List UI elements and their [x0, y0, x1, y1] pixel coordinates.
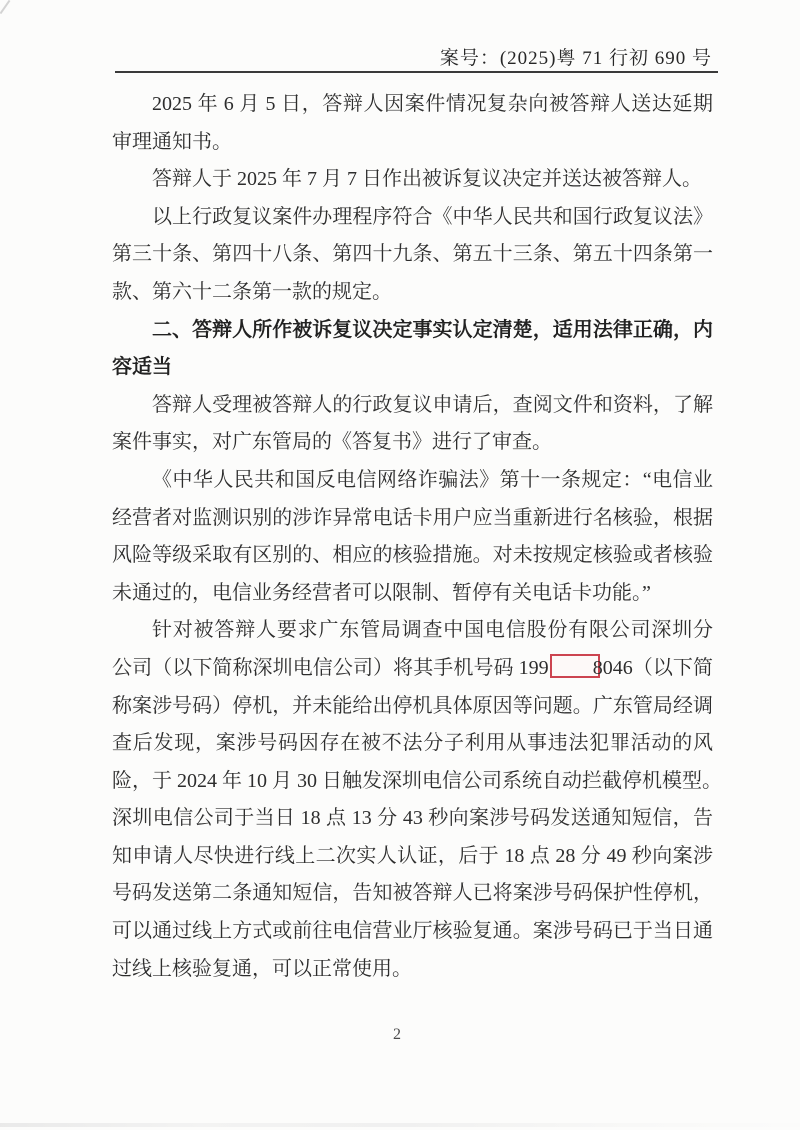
- text-line: 款、第六十二条第一款的规定。: [112, 274, 713, 312]
- page-number: 2: [0, 1026, 794, 1044]
- heading-line: 二、答辩人所作被诉复议决定事实认定清楚，适用法律正确，内: [112, 312, 713, 350]
- paragraph: 答辩人受理被答辩人的行政复议申请后，查阅文件和资料，了解案件事实，对广东管局的《…: [112, 387, 713, 462]
- text-run: 款、第六十二条第一款的规定。: [112, 281, 392, 303]
- scan-artifact-bottom-edge: [0, 1123, 800, 1127]
- text-run: 号码发送第二条通知短信，告知被答辩人已将案涉号码保护性停机，: [112, 882, 713, 904]
- scanned-document-page: 案号：(2025)粤 71 行初 690 号 2025 年 6 月 5 日，答辩…: [0, 0, 800, 1130]
- text-line: 风险等级采取有区别的、相应的核验措施。对未按规定核验或者核验: [112, 537, 713, 575]
- text-run: 第三十条、第四十八条、第四十九条、第五十三条、第五十四条第一: [112, 243, 713, 265]
- text-run: 过线上核验复通，可以正常使用。: [112, 958, 412, 980]
- text-line: 以上行政复议案件办理程序符合《中华人民共和国行政复议法》: [112, 199, 713, 237]
- text-line: 可以通过线上方式或前往电信营业厅核验复通。案涉号码已于当日通: [112, 913, 713, 951]
- text-line: 《中华人民共和国反电信网络诈骗法》第十一条规定：“电信业: [112, 462, 713, 500]
- text-run: 二、答辩人所作被诉复议决定事实认定清楚，适用法律正确，内: [152, 319, 713, 341]
- text-run: 知申请人尽快进行线上二次实人认证，后于 18 点 28 分 49 秒向案涉: [112, 845, 713, 867]
- text-run: 经营者对监测识别的涉诈异常电话卡用户应当重新进行名核验，根据: [112, 507, 713, 529]
- text-line: 知申请人尽快进行线上二次实人认证，后于 18 点 28 分 49 秒向案涉: [112, 838, 713, 876]
- text-run: 可以通过线上方式或前往电信营业厅核验复通。案涉号码已于当日通: [112, 920, 713, 942]
- text-line: 称案涉号码）停机，并未能给出停机具体原因等问题。广东管局经调: [112, 688, 713, 726]
- text-line: 过线上核验复通，可以正常使用。: [112, 951, 713, 989]
- document-body: 2025 年 6 月 5 日，答辩人因案件情况复杂向被答辩人送达延期审理通知书。…: [112, 86, 713, 988]
- text-run: 深圳电信公司于当日 18 点 13 分 43 秒向案涉号码发送通知短信，告: [112, 807, 713, 829]
- text-run: 险，于 2024 年 10 月 30 日触发深圳电信公司系统自动拦截停机模型。: [112, 770, 722, 792]
- text-line: 未通过的，电信业务经营者可以限制、暂停有关电话卡功能。”: [112, 575, 713, 613]
- text-line: 针对被答辩人要求广东管局调查中国电信股份有限公司深圳分: [112, 612, 713, 650]
- paragraph: 答辩人于 2025 年 7 月 7 日作出被诉复议决定并送达被答辩人。: [112, 161, 713, 199]
- text-run: 未通过的，电信业务经营者可以限制、暂停有关电话卡功能。”: [112, 582, 651, 604]
- paragraph: 针对被答辩人要求广东管局调查中国电信股份有限公司深圳分公司（以下简称深圳电信公司…: [112, 612, 713, 988]
- paragraph: 《中华人民共和国反电信网络诈骗法》第十一条规定：“电信业经营者对监测识别的涉诈异…: [112, 462, 713, 612]
- scan-artifact-corner: [0, 0, 10, 14]
- text-line: 公司（以下简称深圳电信公司）将其手机号码 1998046（以下简: [112, 650, 713, 688]
- case-number: 案号：(2025)粤 71 行初 690 号: [440, 43, 712, 70]
- text-run: 针对被答辩人要求广东管局调查中国电信股份有限公司深圳分: [152, 619, 713, 641]
- text-line: 审理通知书。: [112, 124, 713, 162]
- text-run: 容适当: [112, 356, 172, 378]
- paragraph: 2025 年 6 月 5 日，答辩人因案件情况复杂向被答辩人送达延期审理通知书。: [112, 86, 713, 161]
- text-run: 2025 年 6 月 5 日，答辩人因案件情况复杂向被答辩人送达延期: [152, 93, 713, 115]
- text-run: 称案涉号码）停机，并未能给出停机具体原因等问题。广东管局经调: [112, 695, 713, 717]
- text-run: 8046（以下简: [593, 657, 713, 679]
- text-run: 查后发现，案涉号码因存在被不法分子利用从事违法犯罪活动的风: [112, 732, 713, 754]
- text-line: 经营者对监测识别的涉诈异常电话卡用户应当重新进行名核验，根据: [112, 500, 713, 538]
- text-line: 答辩人受理被答辩人的行政复议申请后，查阅文件和资料，了解: [112, 387, 713, 425]
- text-run: 风险等级采取有区别的、相应的核验措施。对未按规定核验或者核验: [112, 544, 713, 566]
- text-run: 案件事实，对广东管局的《答复书》进行了审查。: [112, 431, 552, 453]
- text-line: 答辩人于 2025 年 7 月 7 日作出被诉复议决定并送达被答辩人。: [112, 161, 713, 199]
- text-line: 2025 年 6 月 5 日，答辩人因案件情况复杂向被答辩人送达延期: [112, 86, 713, 124]
- text-run: 以上行政复议案件办理程序符合《中华人民共和国行政复议法》: [152, 206, 713, 228]
- text-run: 审理通知书。: [112, 131, 232, 153]
- text-line: 深圳电信公司于当日 18 点 13 分 43 秒向案涉号码发送通知短信，告: [112, 800, 713, 838]
- text-run: 答辩人于 2025 年 7 月 7 日作出被诉复议决定并送达被答辩人。: [152, 168, 702, 190]
- text-line: 案件事实，对广东管局的《答复书》进行了审查。: [112, 424, 713, 462]
- paragraph: 以上行政复议案件办理程序符合《中华人民共和国行政复议法》第三十条、第四十八条、第…: [112, 199, 713, 312]
- text-line: 号码发送第二条通知短信，告知被答辩人已将案涉号码保护性停机，: [112, 875, 713, 913]
- text-line: 查后发现，案涉号码因存在被不法分子利用从事违法犯罪活动的风: [112, 725, 713, 763]
- text-line: 险，于 2024 年 10 月 30 日触发深圳电信公司系统自动拦截停机模型。: [112, 763, 713, 801]
- heading-line: 容适当: [112, 349, 713, 387]
- text-run: 公司（以下简称深圳电信公司）将其手机号码 199: [112, 657, 549, 679]
- text-run: 答辩人受理被答辩人的行政复议申请后，查阅文件和资料，了解: [152, 394, 713, 416]
- text-run: 《中华人民共和国反电信网络诈骗法》第十一条规定：“电信业: [152, 469, 713, 491]
- header-rule: [115, 71, 718, 73]
- text-line: 第三十条、第四十八条、第四十九条、第五十三条、第五十四条第一: [112, 236, 713, 274]
- section-heading: 二、答辩人所作被诉复议决定事实认定清楚，适用法律正确，内容适当: [112, 312, 713, 387]
